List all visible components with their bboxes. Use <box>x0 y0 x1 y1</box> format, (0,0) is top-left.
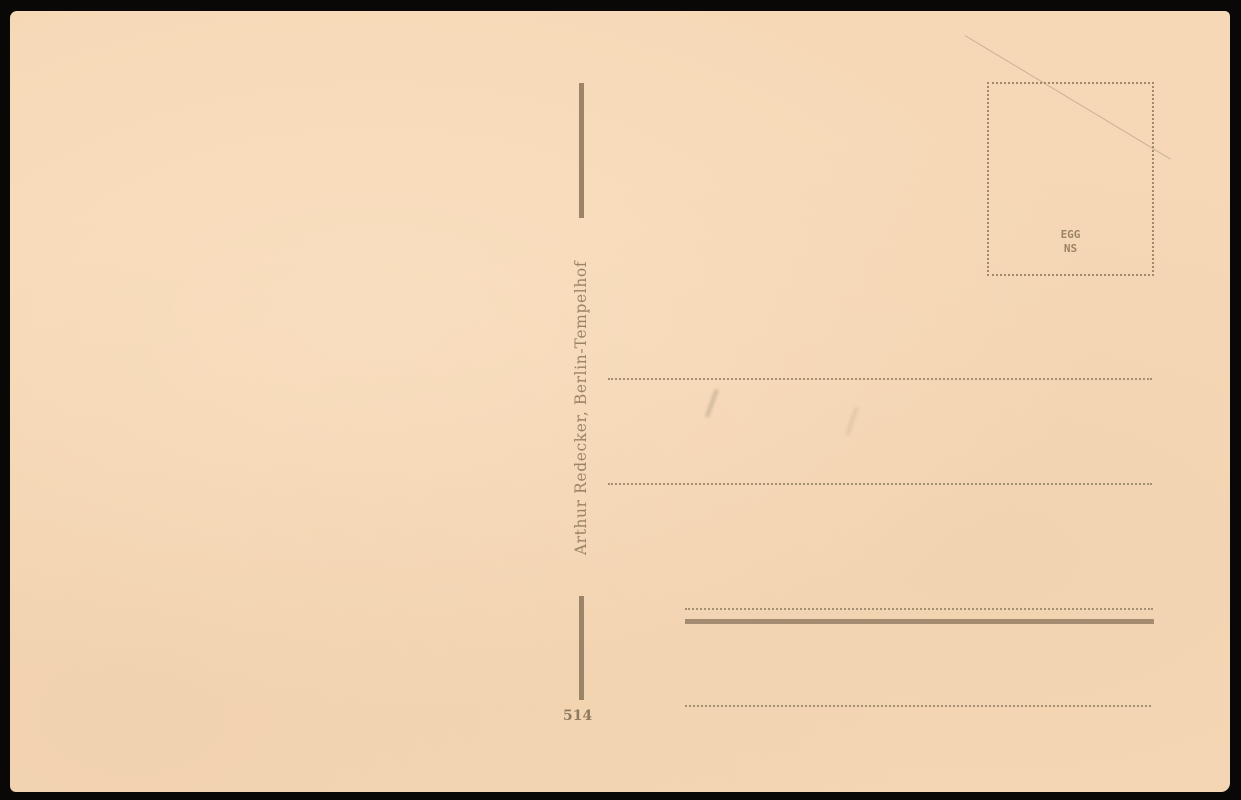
address-line-4 <box>685 705 1151 707</box>
publisher-imprint: Arthur Redecker, Berlin-Tempelhof <box>572 261 590 555</box>
paper-smudge <box>705 388 719 418</box>
stamp-text-line1: EGG <box>989 228 1152 242</box>
address-line-2 <box>608 483 1152 485</box>
stamp-box-text: EGG NS <box>989 228 1152 256</box>
address-line-1 <box>608 378 1152 380</box>
address-line-3 <box>685 608 1153 610</box>
stamp-box: EGG NS <box>987 82 1154 276</box>
stamp-text-line2: NS <box>989 242 1152 256</box>
postcard-back: Arthur Redecker, Berlin-Tempelhof 514 EG… <box>10 11 1230 792</box>
card-number: 514 <box>563 708 592 724</box>
address-underline-solid <box>685 619 1154 624</box>
paper-smudge <box>845 406 859 436</box>
divider-bar-top <box>579 83 584 218</box>
divider-bar-bottom <box>579 596 584 700</box>
